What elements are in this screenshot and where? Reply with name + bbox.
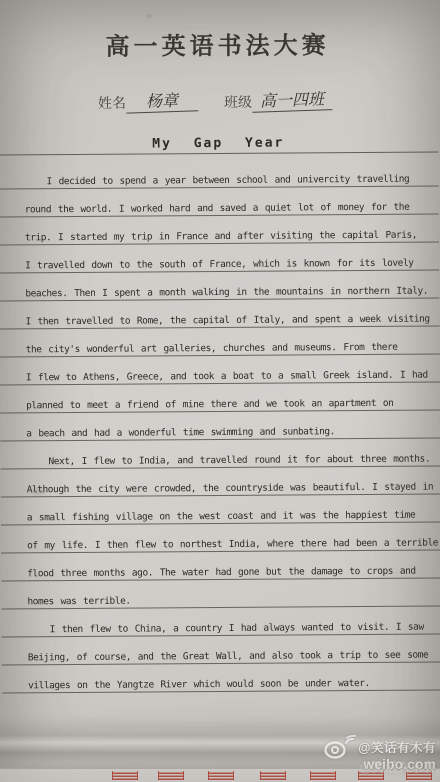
essay-line: Although the city were crowded, the coun… (1, 466, 440, 497)
name-value-handwritten: 杨章 (126, 87, 199, 113)
essay-line: beaches. Then I spent a month walking in… (0, 270, 439, 301)
essay-line-text: homes was terrible. (27, 593, 437, 607)
essay-line: Next, I flew to India, and travelled rou… (0, 438, 440, 469)
essay-line-text: a beach and had a wonderful time swimmin… (26, 425, 436, 439)
essay-line-text: a small fishing village on the west coas… (27, 509, 437, 523)
essay-line: villages on the Yangtze River which woul… (2, 662, 440, 693)
essay-line-text: round the world. I worked hard and saved… (25, 201, 435, 215)
photo-of-essay-sheet: 高一英语书法大赛 姓名 杨章 班级 高一四班 My Gap Year I dec… (0, 0, 440, 782)
essay-line-text: I travelled down to the south of France,… (25, 257, 435, 271)
red-print-mark (406, 771, 432, 780)
essay-line-text: the city's wonderful art galleries, chur… (26, 341, 436, 355)
name-class-row: 姓名 杨章 班级 高一四班 (98, 87, 398, 113)
essay-line: of my life. I then flew to northest Indi… (1, 522, 440, 553)
essay-line: the city's wonderful art galleries, chur… (0, 326, 440, 357)
essay-line: I travelled down to the south of France,… (0, 242, 439, 273)
paper-smudge (93, 517, 101, 522)
essay-line-text: Beijing, of course, and the Great Wall, … (28, 649, 438, 663)
essay-line: round the world. I worked hard and saved… (0, 186, 439, 217)
answer-sheet: 高一英语书法大赛 姓名 杨章 班级 高一四班 My Gap Year I dec… (0, 0, 440, 782)
essay-line-text: flood three months ago. The water had go… (27, 565, 437, 579)
essay-line: I then travelled to Rome, the capital of… (0, 298, 440, 329)
essay-line: a small fishing village on the west coas… (1, 494, 440, 525)
essay-line-text: Next, I flew to India, and travelled rou… (48, 453, 436, 467)
red-print-mark (112, 771, 138, 780)
paper-speck (174, 99, 177, 102)
weibo-url: weibo.com @笑话有木有 (286, 757, 436, 772)
essay-line: flood three months ago. The water had go… (1, 550, 440, 581)
weibo-handle: @笑话有木有 (358, 738, 436, 756)
red-print-mark (310, 771, 336, 780)
essay-title-line: My Gap Year (0, 122, 438, 155)
essay-line-text: beaches. Then I spent a month walking in… (25, 285, 435, 299)
essay-line: I decided to spend a year between school… (0, 152, 439, 189)
essay-line: I then flew to China, a country I had al… (2, 606, 440, 637)
class-label: 班级 (224, 92, 252, 112)
essay-line: planned to meet a friend of mine there a… (0, 382, 440, 413)
competition-title: 高一英语书法大赛 (0, 24, 438, 62)
name-label: 姓名 (98, 93, 126, 113)
essay-line-text: I decided to spend a year between school… (46, 173, 434, 187)
essay-line: trip. I started my trip in France and af… (0, 214, 439, 245)
paper-smudge (31, 488, 46, 495)
essay-line-text: planned to meet a friend of mine there a… (26, 397, 436, 411)
essay-line-text: Although the city were crowded, the coun… (27, 481, 437, 495)
paper-speck (147, 14, 151, 17)
essay-line-text: I then travelled to Rome, the capital of… (25, 313, 435, 327)
red-print-mark (260, 771, 286, 780)
red-print-mark (158, 771, 184, 780)
essay-body: My Gap Year I decided to spend a year be… (0, 122, 440, 693)
essay-title: My Gap Year (0, 134, 438, 152)
essay-line-text: I then flew to China, a country I had al… (50, 621, 438, 635)
essay-line: Beijing, of course, and the Great Wall, … (2, 634, 440, 665)
essay-line: I flew to Athens, Greece, and took a boa… (0, 354, 440, 385)
essay-line: homes was terrible. (1, 578, 440, 609)
essay-line-text: of my life. I then flew to northest Indi… (27, 537, 437, 551)
essay-line-text: villages on the Yangtze River which woul… (28, 677, 438, 691)
essay-line-text: I flew to Athens, Greece, and took a boa… (26, 369, 436, 383)
class-value-handwritten: 高一四班 (252, 86, 333, 113)
essay-line-text: trip. I started my trip in France and af… (25, 229, 435, 243)
red-print-mark (358, 771, 384, 780)
red-print-mark (208, 771, 234, 780)
essay-line: a beach and had a wonderful time swimmin… (0, 410, 440, 441)
weibo-watermark: @笑话有木有 weibo.com @笑话有木有 (286, 734, 436, 772)
